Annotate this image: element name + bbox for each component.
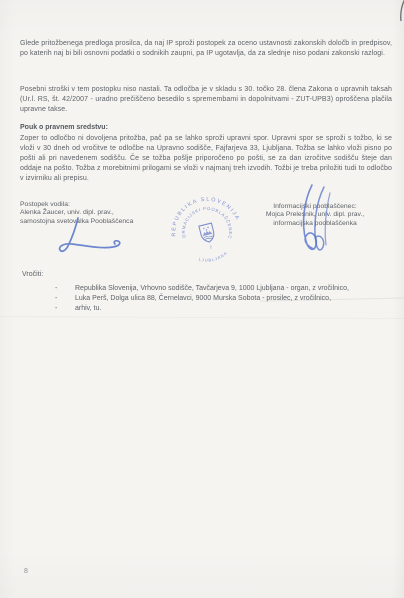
signature-right-name: Mojca Prelesnik, univ. dipl. prav., xyxy=(240,211,390,219)
page-number: 8 xyxy=(24,568,28,575)
delivery-item-text: Republika Slovenija, Vrhovno sodišče, Ta… xyxy=(75,284,395,294)
stamp-city-text: LJUBLJANA xyxy=(197,250,229,266)
svg-text:REPUBLIKA SLOVENIJA: REPUBLIKA SLOVENIJA xyxy=(169,194,241,238)
coat-of-arms-icon xyxy=(199,223,216,243)
signature-block-right: Informacijski pooblaščenec: Mojca Preles… xyxy=(240,203,390,228)
stamp-outer-text: REPUBLIKA SLOVENIJA xyxy=(169,194,241,238)
folded-corner-mark xyxy=(389,0,404,22)
signature-right-role: Informacijski pooblaščenec: xyxy=(240,203,390,211)
signature-left-name: Alenka Žaucer, univ. dipl. prav., xyxy=(20,209,190,217)
delivery-item: - Republika Slovenija, Vrhovno sodišče, … xyxy=(55,284,395,294)
paper-crease xyxy=(0,316,404,319)
signature-left-title: samostojna svetovalka Pooblaščenca xyxy=(20,218,190,226)
delivery-item-text: arhiv, tu. xyxy=(75,304,395,314)
list-dash: - xyxy=(55,294,75,304)
signature-right-title: informacijska pooblaščenka xyxy=(240,220,390,228)
scanned-document-page: Glede pritožbenega predloga prosilca, da… xyxy=(0,0,404,598)
list-dash: - xyxy=(55,284,75,294)
legal-remedy-heading: Pouk o pravnem sredstvu: xyxy=(20,124,108,131)
paragraph-costs-tax: Posebni stroški v tem postopku niso nast… xyxy=(20,85,392,115)
signature-block-left: Postopek vodila: Alenka Žaucer, univ. di… xyxy=(20,201,190,226)
official-round-stamp: REPUBLIKA SLOVENIJA INFORMACIJSKI POOBLA… xyxy=(169,194,245,270)
list-dash: - xyxy=(55,304,75,314)
legal-remedy-body: Zoper to odločbo ni dovoljena pritožba, … xyxy=(20,134,392,184)
paragraph-appeal-proposal: Glede pritožbenega predloga prosilca, da… xyxy=(20,39,392,59)
stamp-number: 2 xyxy=(209,245,212,249)
delivery-item: - arhiv, tu. xyxy=(55,304,395,314)
delivery-heading: Vročiti: xyxy=(22,271,43,278)
svg-text:LJUBLJANA: LJUBLJANA xyxy=(197,250,229,266)
